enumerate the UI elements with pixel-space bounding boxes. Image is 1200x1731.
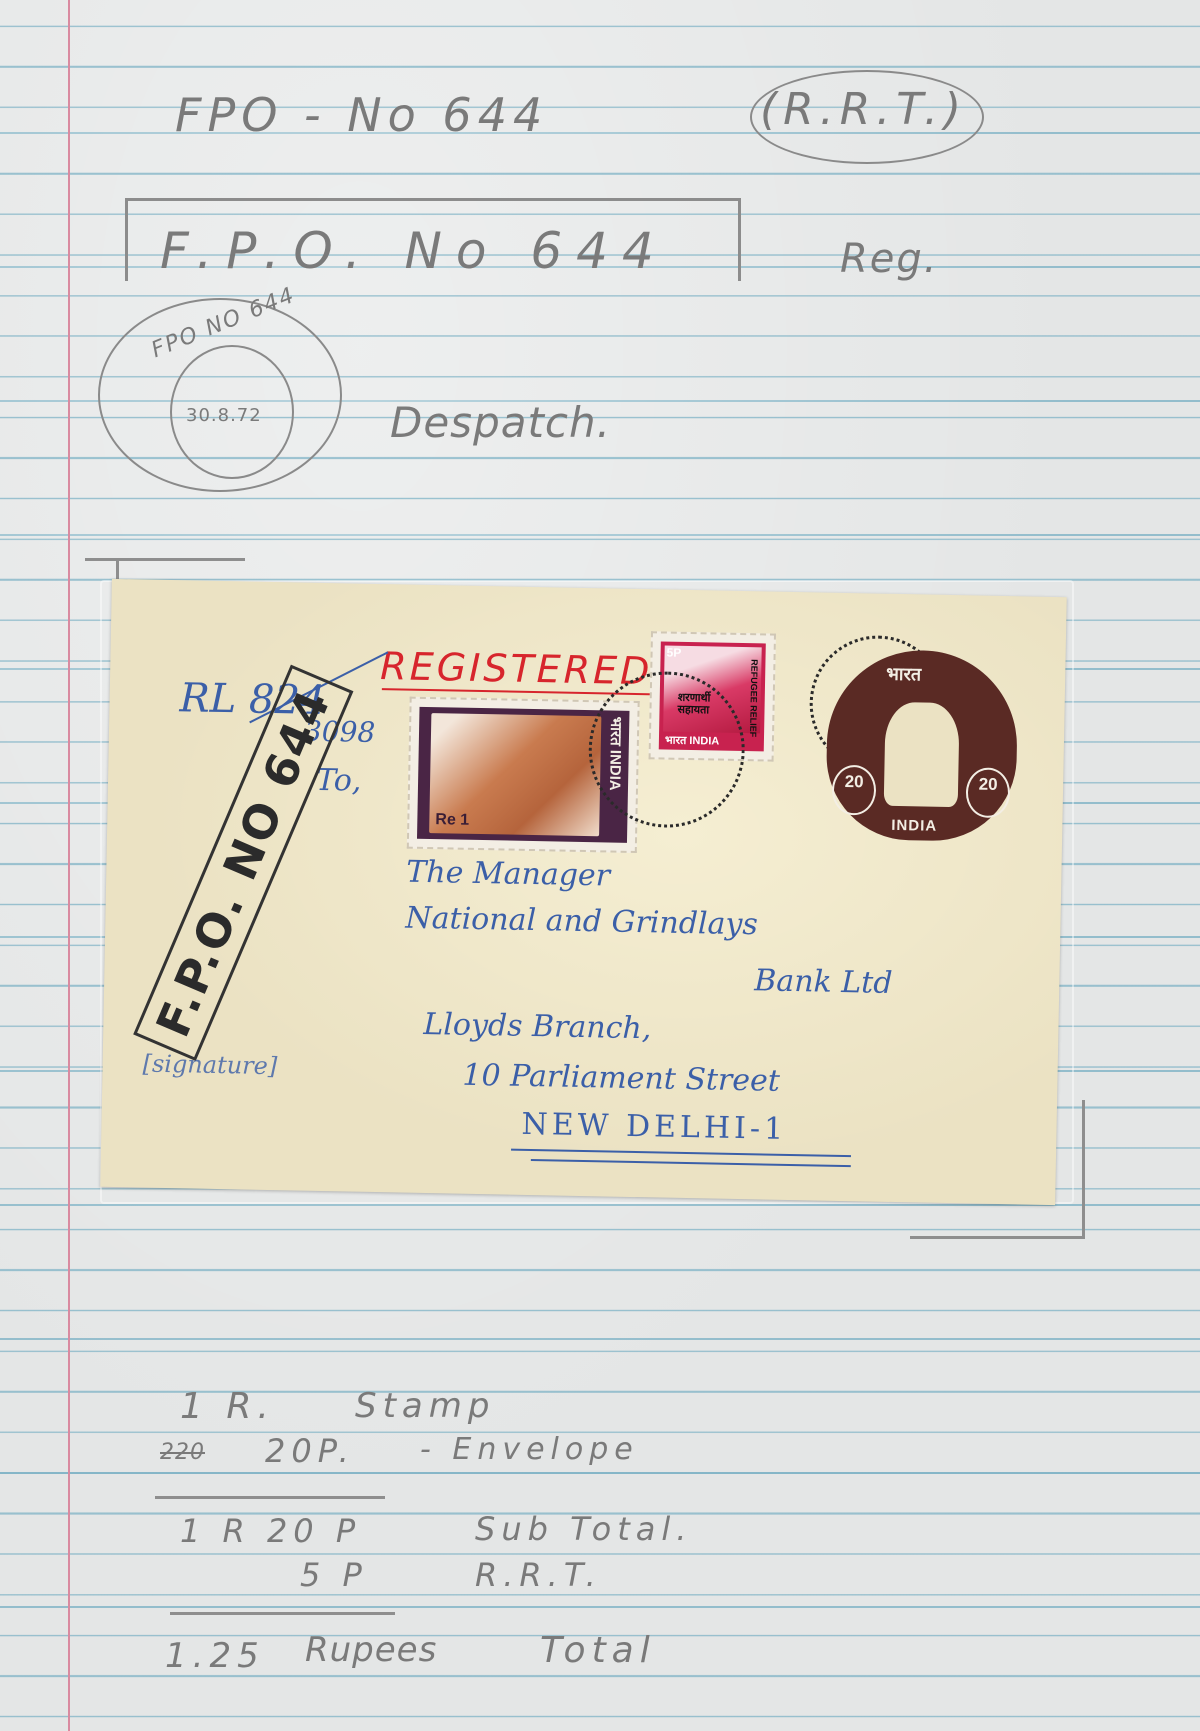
calc-amount: 1 R. <box>180 1386 275 1427</box>
postmark-drawing-date: 30.8.72 <box>186 405 262 426</box>
postal-stationery-indicium: भारत 20 20 INDIA <box>825 649 1019 843</box>
indicium-top-text: भारत <box>886 662 921 687</box>
address-line: Bank Ltd <box>754 963 893 1001</box>
margin-line <box>68 0 70 1731</box>
calc-rule <box>170 1612 395 1615</box>
calc-rule <box>155 1496 385 1499</box>
cachet-drawing: F.P.O. No 644 <box>160 222 668 280</box>
calc-total-amount: 1.25 <box>165 1636 265 1676</box>
address-line: National and Grindlays <box>405 901 758 943</box>
calc-label: R.R.T. <box>475 1556 602 1594</box>
indicium-value-left: 20 <box>832 765 877 816</box>
lion-capital-icon <box>884 702 960 807</box>
corner-mark-bottom-right-h <box>910 1236 1085 1239</box>
address-underline <box>511 1149 851 1158</box>
stamp-overprint: REFUGEE RELIEF <box>748 659 759 737</box>
registered-label: REGISTERED <box>380 644 653 693</box>
fpo-cachet: F.P.O. NO 644 <box>133 665 353 1062</box>
title-tag-circle <box>750 70 984 164</box>
calc-total-suffix: Total <box>540 1630 656 1671</box>
postmark <box>587 670 746 829</box>
calc-total-label: Rupees <box>305 1630 437 1670</box>
address-line: Lloyds Branch, <box>423 1007 652 1046</box>
cachet-label: Reg. <box>840 236 939 282</box>
stamp-value: Re 1 <box>435 811 469 830</box>
address-line: 10 Parliament Street <box>462 1058 780 1099</box>
indicium-bottom-text: INDIA <box>891 817 937 835</box>
address-line: NEW DELHI-1 <box>521 1107 787 1147</box>
indicium-value-right: 20 <box>966 767 1011 818</box>
address-line: The Manager <box>406 855 610 894</box>
signature: [signature] <box>142 1050 277 1081</box>
calc-struck: 220 <box>160 1440 205 1465</box>
calc-amount: 20P. <box>265 1432 355 1470</box>
address-underline <box>531 1159 851 1167</box>
calc-label: - Envelope <box>420 1432 639 1467</box>
corner-mark-bottom-right-v <box>1082 1100 1085 1238</box>
calc-amount: 5 P <box>300 1556 368 1594</box>
postal-cover: REGISTERED RL 824 3098 To, F.P.O. NO 644… <box>100 579 1066 1205</box>
corner-mark-top-left-h <box>85 558 245 561</box>
stamp-value: 5P <box>666 646 681 660</box>
calc-label: Stamp <box>355 1386 495 1426</box>
calc-amount: 1 R 20 P <box>180 1512 361 1550</box>
postmark-label: Despatch. <box>390 398 611 447</box>
calc-label: Sub Total. <box>475 1510 692 1548</box>
to-label: To, <box>316 763 362 799</box>
page-title: FPO - No 644 <box>175 88 548 142</box>
